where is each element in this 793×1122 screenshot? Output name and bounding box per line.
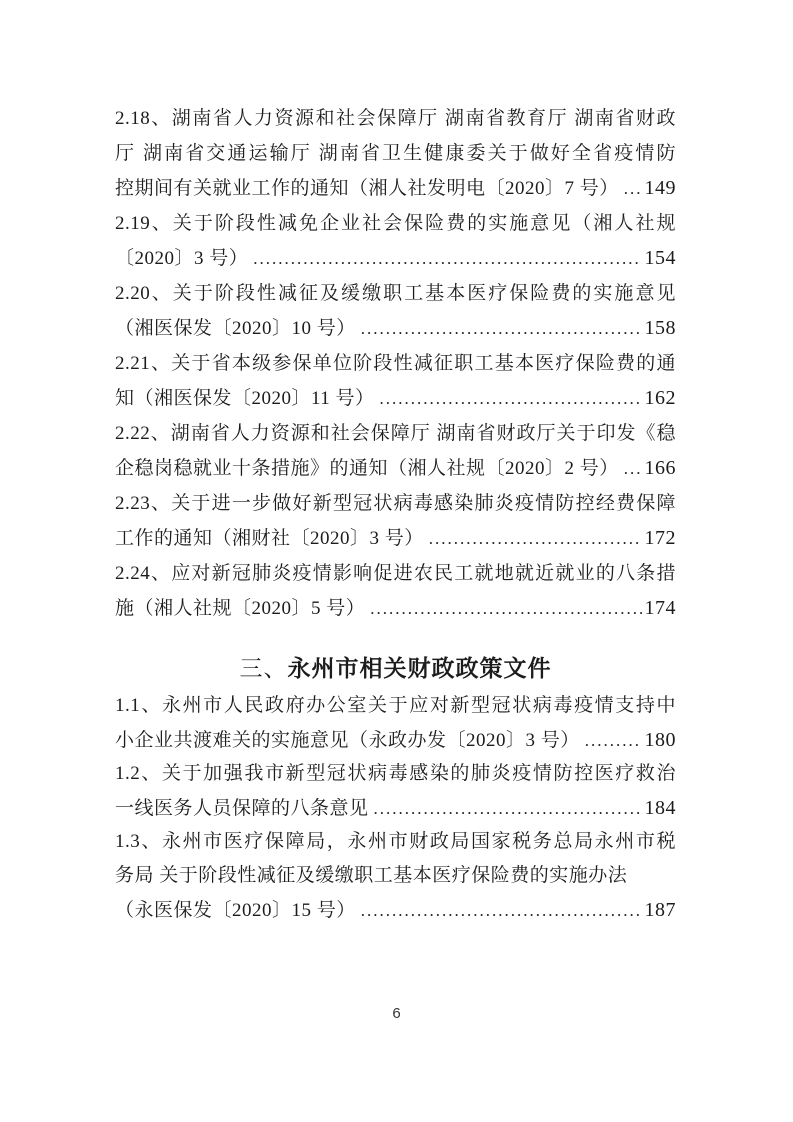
toc-line: 控期间有关就业工作的通知（湘人社发明电〔2020〕7 号） ..........…: [115, 171, 676, 206]
toc-line: （湘医保发〔2020〕10 号） .......................…: [115, 311, 676, 346]
dot-leader: ........................................…: [374, 792, 642, 826]
toc-line: 〔2020〕3 号） .............................…: [115, 241, 676, 276]
dot-leader: ........................................…: [624, 171, 642, 206]
toc-line: 2.21、关于省本级参保单位阶段性减征职工基本医疗保险费的通: [115, 346, 676, 381]
page-number-ref: 180: [645, 723, 677, 757]
toc-line: 2.18、湖南省人力资源和社会保障厅 湖南省教育厅 湖南省财政: [115, 101, 676, 136]
toc-entry-text: （永医保发〔2020〕15 号）: [115, 894, 356, 928]
toc-entry-text: 企稳岗稳就业十条措施》的通知（湘人社规〔2020〕2 号）: [115, 451, 619, 486]
toc-section-city: 1.1、永州市人民政府办公室关于应对新型冠状病毒疫情支持中 小企业共渡难关的实施…: [115, 689, 676, 927]
page-number-ref: 154: [645, 241, 677, 276]
toc-line: （永医保发〔2020〕15 号） .......................…: [115, 893, 676, 927]
toc-line: 2.19、关于阶段性减免企业社会保险费的实施意见（湘人社规: [115, 206, 676, 241]
dot-leader: ........................................…: [361, 311, 642, 346]
page-number-ref: 166: [645, 451, 677, 486]
dot-leader: ........................................…: [361, 894, 642, 928]
page-number-ref: 184: [645, 791, 677, 825]
toc-entry-text: 小企业共渡难关的实施意见（永政办发〔2020〕3 号）: [115, 724, 580, 758]
toc-entry-text: 施（湘人社规〔2020〕5 号）: [115, 591, 365, 626]
toc-entry-text: 〔2020〕3 号）: [115, 241, 248, 276]
toc-line: 知（湘医保发〔2020〕11 号） ......................…: [115, 381, 676, 416]
toc-line: 1.2、关于加强我市新型冠状病毒感染的肺炎疫情防控医疗救治: [115, 757, 676, 791]
toc-entry-text: 工作的通知（湘财社〔2020〕3 号）: [115, 521, 424, 556]
toc-line: 小企业共渡难关的实施意见（永政办发〔2020〕3 号） ............…: [115, 723, 676, 757]
dot-leader: ........................................…: [380, 381, 642, 416]
document-page: 2.18、湖南省人力资源和社会保障厅 湖南省教育厅 湖南省财政 厅 湖南省交通运…: [0, 0, 793, 1122]
toc-content: 2.18、湖南省人力资源和社会保障厅 湖南省教育厅 湖南省财政 厅 湖南省交通运…: [115, 101, 676, 927]
toc-line: 2.23、关于进一步做好新型冠状病毒感染肺炎疫情防控经费保障: [115, 486, 676, 521]
dot-leader: ........................................…: [624, 451, 642, 486]
dot-leader: ........................................…: [585, 724, 642, 758]
page-number-ref: 162: [645, 381, 677, 416]
toc-entry-text: 一线医务人员保障的八条意见: [115, 792, 369, 826]
section-heading-number: 三、: [240, 656, 288, 681]
toc-line: 2.24、应对新冠肺炎疫情影响促进农民工就地就近就业的八条措: [115, 556, 676, 591]
toc-entry-text: （湘医保发〔2020〕10 号）: [115, 311, 356, 346]
toc-line: 厅 湖南省交通运输厅 湖南省卫生健康委关于做好全省疫情防: [115, 136, 676, 171]
toc-line: 1.1、永州市人民政府办公室关于应对新型冠状病毒疫情支持中: [115, 689, 676, 723]
page-number-ref: 158: [645, 311, 677, 346]
dot-leader: ........................................…: [253, 241, 641, 276]
page-number-ref: 174: [645, 591, 677, 626]
footer-page-number: 6: [0, 1005, 793, 1022]
toc-line: 工作的通知（湘财社〔2020〕3 号） ....................…: [115, 521, 676, 556]
toc-line: 2.20、关于阶段性减征及缓缴职工基本医疗保险费的实施意见: [115, 276, 676, 311]
toc-line: 2.22、湖南省人力资源和社会保障厅 湖南省财政厅关于印发《稳: [115, 416, 676, 451]
page-number-ref: 187: [645, 893, 677, 927]
toc-entry-text: 控期间有关就业工作的通知（湘人社发明电〔2020〕7 号）: [115, 171, 619, 206]
section-heading-title: 永州市相关财政政策文件: [288, 656, 552, 681]
section-heading: 三、永州市相关财政政策文件: [115, 651, 676, 686]
dot-leader: ........................................…: [370, 591, 641, 626]
toc-line: 施（湘人社规〔2020〕5 号） .......................…: [115, 591, 676, 626]
page-number-ref: 172: [645, 521, 677, 556]
toc-section-provincial: 2.18、湖南省人力资源和社会保障厅 湖南省教育厅 湖南省财政 厅 湖南省交通运…: [115, 101, 676, 626]
page-number-ref: 149: [645, 171, 677, 206]
dot-leader: ........................................…: [429, 521, 642, 556]
toc-line: 1.3、永州市医疗保障局，永州市财政局国家税务总局永州市税: [115, 825, 676, 859]
toc-line: 务局 关于阶段性减征及缓缴职工基本医疗保险费的实施办法: [115, 859, 676, 893]
toc-entry-text: 知（湘医保发〔2020〕11 号）: [115, 381, 375, 416]
toc-line: 企稳岗稳就业十条措施》的通知（湘人社规〔2020〕2 号） ..........…: [115, 451, 676, 486]
toc-line: 一线医务人员保障的八条意见 ..........................…: [115, 791, 676, 825]
